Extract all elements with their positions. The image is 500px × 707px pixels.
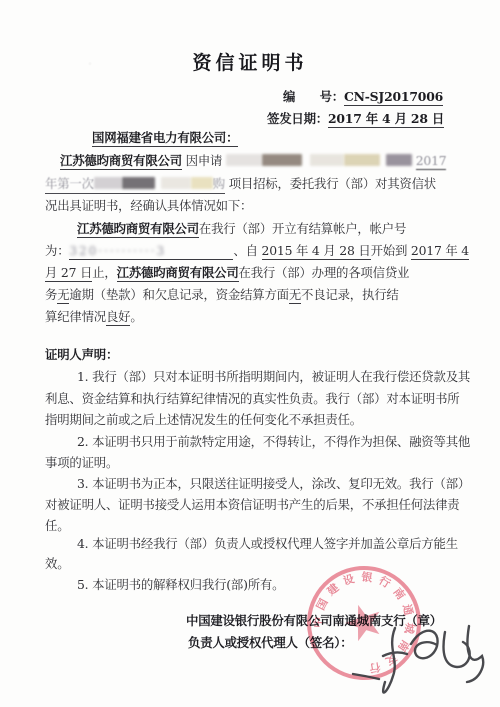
declaration-item4-line1: 4. 本证明书经我行（部）负责人或授权代理人签字并加盖公章后方能生 [77, 536, 458, 551]
para2-line4-text: 务 [45, 287, 57, 302]
redaction-block [122, 177, 155, 189]
start-date: 2015 年 4 月 28 日 [262, 243, 371, 260]
redaction-block [344, 154, 380, 166]
para2-line3: 月 27 日止，江苏德昀商贸有限公司在我行（部）办理的各项信贷业 [45, 265, 409, 280]
para1-apply-text: 因申请 [186, 153, 223, 168]
good-status-underline: 良好 [106, 309, 130, 326]
account-label: 为： [45, 243, 69, 258]
redaction-block [226, 154, 262, 166]
declaration-item1-line1: 1. 我行（部）只对本证明书所指明期间内，被证明人在我行偿还贷款及其 [77, 369, 470, 384]
para2-line5-text2: 。 [130, 309, 142, 324]
para1-faint-prefix: 年第一次 [45, 176, 94, 191]
end-date-part2: 月 27 日 [45, 265, 92, 282]
signature-strokes [333, 610, 489, 706]
declaration-item1-line2: 利息、资金结算和执行结算纪律情况的真实性负责。我行（部）对本证明书所 [45, 391, 459, 406]
issue-date-value: 2017 年 4 月 28 日 [328, 111, 444, 128]
document-title: 资信证明书 [0, 56, 500, 71]
salutation-line: 国网福建省电力有限公司： [92, 130, 238, 145]
issue-date-line: 签发日期：2017 年 4 月 28 日 [267, 111, 444, 126]
declaration-item2-line1: 2. 本证明书只用于前款特定用途，不得转让，不得作为担保、融资等其他 [77, 434, 470, 449]
applicant-company: 江苏德昀商贸有限公司 [77, 221, 199, 238]
para1-line2: 年第一次购 项目招标，委托我行（部）对其资信状 [45, 176, 436, 194]
para1-line1: 江苏德昀商贸有限公司 因申请 2017 [60, 153, 446, 168]
declaration-item3-line3: 任。 [45, 518, 69, 533]
doc-number-label: 编 号： [283, 89, 344, 104]
declaration-item4-line2: 效。 [45, 556, 69, 571]
para1-line2-text: 项目招标，委托我行（部）对其资信状 [229, 176, 436, 191]
no-overdue-underline: 无 [57, 287, 69, 304]
doc-number-value: CN-SJ2017006 [344, 89, 443, 106]
redaction-blocks-line1 [226, 153, 412, 168]
applicant-company: 江苏德昀商贸有限公司 [60, 153, 182, 170]
end-date-part1: 2017 年 4 [411, 243, 469, 260]
para2-line2-text: 、自 [233, 243, 261, 258]
account-number-redacted: 320··········3 [69, 243, 233, 260]
redaction-block [310, 154, 344, 166]
declaration-item3-line2: 对被证明人、证明书接受人运用本资信证明书产生的后果，不承担任何法律责 [45, 497, 459, 512]
declaration-item2-line2: 事项的证明。 [45, 455, 118, 470]
para2-line3-text: 止， [92, 265, 116, 280]
para2-line4-text2: 逾期（垫款）和欠息记录，资金结算方面 [69, 287, 288, 302]
para2-line5: 算纪律情况良好。 [45, 309, 143, 324]
redaction-block [191, 177, 213, 189]
issue-date-label: 签发日期： [267, 111, 328, 126]
para2-line2: 为：320··········3、自 2015 年 4 月 28 日开始到 20… [45, 243, 469, 259]
para2-line3-text2: 在我行（部）办理的各项信贷业 [239, 265, 410, 280]
para1-trailing-year: 2017 [416, 153, 447, 170]
declaration-item5: 5. 本证明书的解释权归我行(部)所有。 [77, 577, 284, 592]
redaction-block [262, 154, 302, 166]
handwritten-signature [333, 610, 489, 706]
scanned-credit-certificate: 资信证明书 编 号：CN-SJ2017006 签发日期：2017 年 4 月 2… [0, 0, 500, 707]
declaration-heading: 证明人声明： [45, 347, 118, 362]
redaction-block [386, 154, 412, 166]
para2-line4: 务无逾期（垫款）和欠息记录，资金结算方面无不良记录，执行结 [45, 287, 399, 302]
redaction-blocks-line2 [94, 176, 213, 191]
applicant-company: 江苏德昀商贸有限公司 [117, 265, 239, 282]
redaction-block [161, 177, 191, 189]
para1-faint-suffix: 购 [213, 176, 225, 191]
declaration-item1-line3: 指明期间之前或之后上述情况发生的任何变化不承担责任。 [45, 412, 362, 427]
no-bad-record-underline: 无 [289, 287, 301, 304]
para2-line1-text: 在我行（部）开立有结算帐户，帐户号 [199, 221, 406, 236]
doc-number-line: 编 号：CN-SJ2017006 [283, 89, 443, 104]
para2-line2-text2: 开始到 [371, 243, 411, 258]
redaction-block [94, 177, 122, 189]
para2-line1: 江苏德昀商贸有限公司在我行（部）开立有结算帐户，帐户号 [77, 221, 406, 236]
para1-line3: 况出具证明书，经确认具体情况如下： [45, 198, 252, 213]
redacted-underlined-region: 年第一次购 [45, 176, 225, 194]
para2-line4-text3: 不良记录，执行结 [301, 287, 399, 302]
addressee-company: 国网福建省电力有限公司： [92, 130, 238, 147]
declaration-item3-line1: 3. 本证明书为正本，只限送往证明接受人，涂改、复印无效。我行（部） [77, 476, 470, 491]
para2-line5-text: 算纪律情况 [45, 309, 106, 324]
